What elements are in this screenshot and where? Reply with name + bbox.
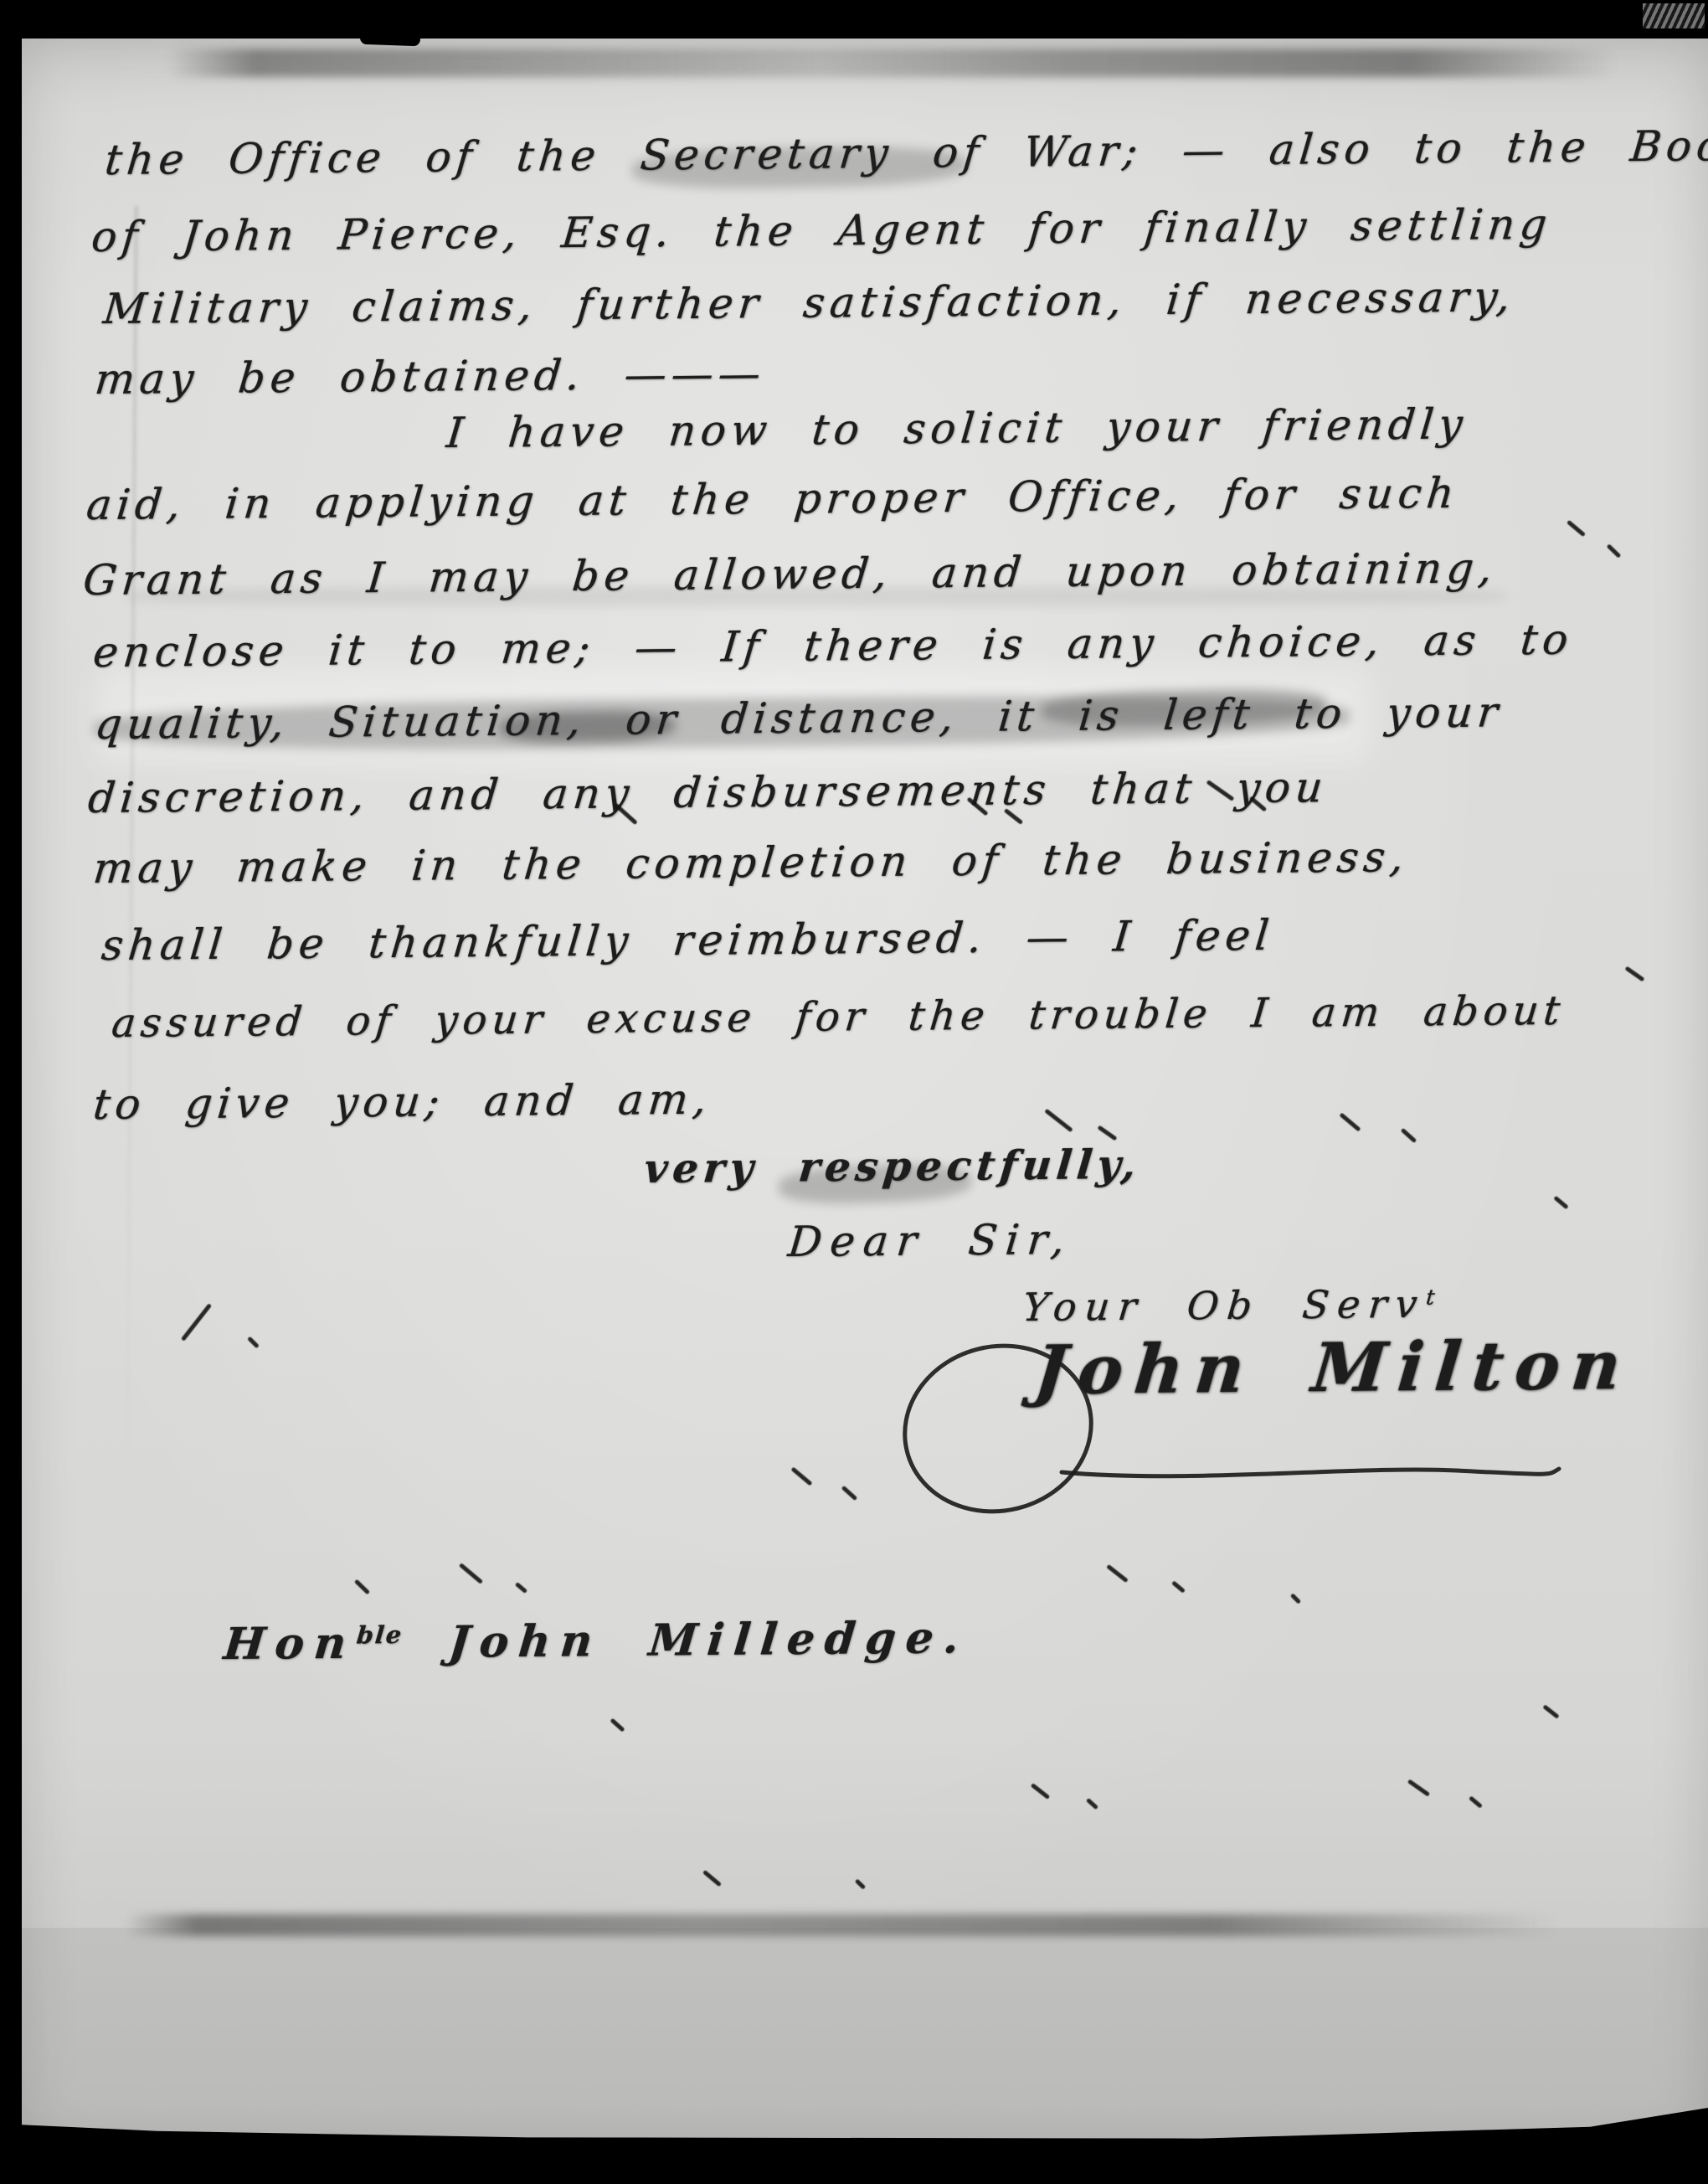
manuscript-line-4: may be obtained. ——— (93, 353, 767, 400)
manuscript-line-5: I have now to solicit your friendly (445, 403, 1469, 454)
closing-respectfully: very respectfully, (642, 1145, 1142, 1189)
manuscript-line-9: quality, Situation, or distance, it is l… (93, 691, 1505, 745)
manuscript-line-10: discretion, and any disbursements that y… (86, 766, 1330, 819)
manuscript-line-7: Grant as I may be allowed, and upon obta… (81, 547, 1499, 601)
top-edge-mark (360, 31, 421, 47)
manuscript-line-11: may make in the completion of the busine… (91, 836, 1411, 889)
top-scan-smudge (167, 49, 1616, 77)
manuscript-line-12: shall be thankfully reimbursed. — I feel (100, 914, 1276, 966)
manuscript-line-14: to give you; and am, (91, 1079, 713, 1125)
manuscript-line-8: enclose it to me; — If there is any choi… (91, 619, 1575, 673)
scanner-corner-artifact (1643, 3, 1705, 28)
signature-john-milton: John Milton (1031, 1332, 1635, 1404)
under-sheet-edge (123, 206, 137, 1914)
closing-dear-sir: Dear Sir, (786, 1218, 1075, 1263)
manuscript-line-3: Military claims, further satisfaction, i… (101, 276, 1517, 330)
backing-sheet-area (22, 1928, 1708, 2152)
address-line-john-milledge: Honble John Milledge. (222, 1616, 971, 1666)
closing-your-obt-servt: Your Ob Servt (1021, 1285, 1438, 1326)
scanned-letter-page: the Office of the Secretary of War; — al… (0, 0, 1708, 2184)
manuscript-line-6: aid, in applying at the proper Office, f… (85, 472, 1460, 526)
manuscript-line-13: assured of your excuse for the trouble I… (110, 991, 1567, 1043)
manuscript-line-2: of John Pierce, Esq. the Agent for final… (90, 203, 1554, 258)
